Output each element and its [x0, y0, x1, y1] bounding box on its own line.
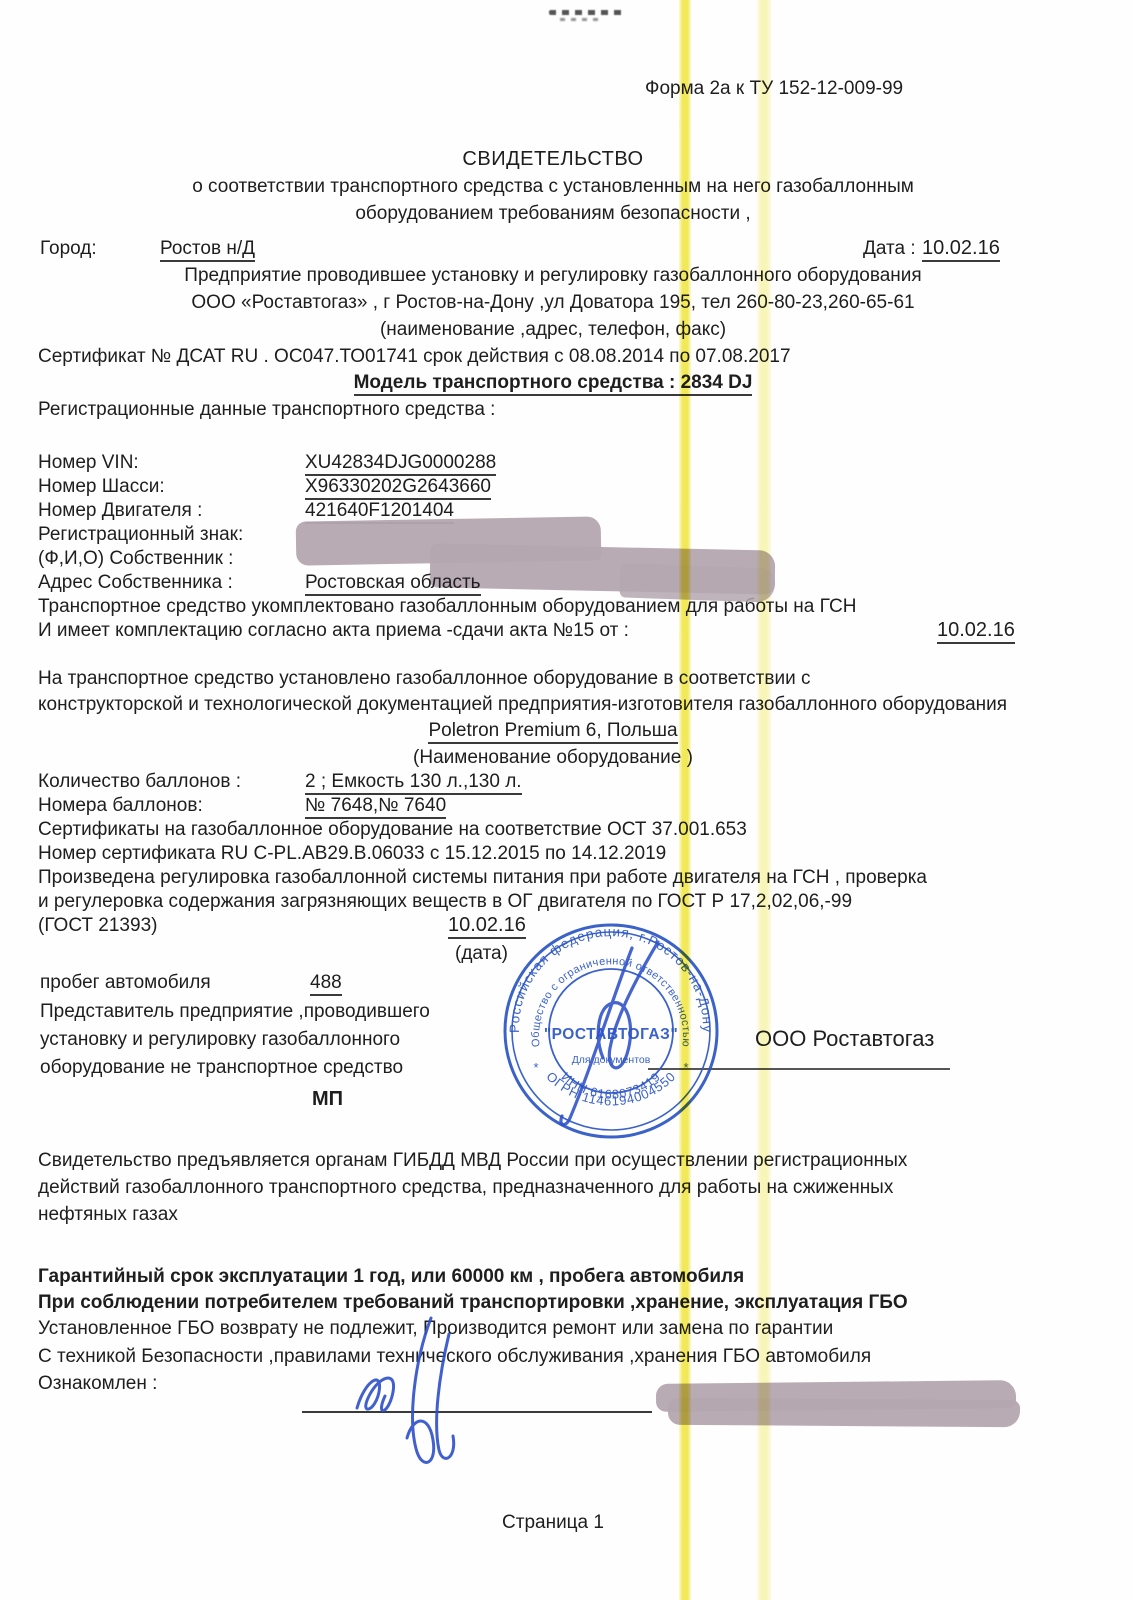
equipment-name-caption: (Наименование оборудование )	[0, 747, 1106, 769]
field-label-address: Адрес Собственника :	[38, 572, 233, 594]
representative-line-2: установку и регулировку газобаллонного	[40, 1029, 400, 1051]
field-value-chassis: X96330202G2643660	[305, 476, 491, 500]
redaction-blob-bottom-2	[668, 1398, 1020, 1427]
field-label-owner: (Ф,И,О) Собственник :	[38, 548, 233, 570]
gost-label: (ГОСТ 21393)	[38, 915, 157, 937]
acknowledged-signature	[345, 1300, 515, 1470]
cylinders-label: Количество баллонов :	[38, 771, 241, 793]
representative-line-1: Представитель предприятие ,проводившего	[40, 1001, 430, 1023]
mileage-value: 488	[310, 972, 342, 996]
stamp-star-left: *	[533, 1060, 538, 1075]
act-date: 10.02.16	[937, 619, 1015, 644]
scan-smudge	[549, 10, 627, 15]
registration-section-title: Регистрационные данные транспортного сре…	[38, 399, 495, 421]
scan-smudge-2	[560, 18, 600, 21]
adjustment-line-2: и регулеровка содержания загрязняющих ве…	[38, 891, 852, 913]
notice-line-2: действий газобаллонного транспортного ср…	[38, 1177, 893, 1199]
form-reference: Форма 2а к ТУ 152-12-009-99	[645, 78, 903, 100]
certificate-line: Сертификат № ДСАТ RU . ОС047.ТО01741 сро…	[38, 346, 791, 368]
field-label-vin: Номер VIN:	[38, 452, 139, 474]
adjustment-line-1: Произведена регулировка газобаллонной си…	[38, 867, 927, 889]
document-title: СВИДЕТЕЛЬСТВО	[0, 148, 1106, 170]
date-value: 10.02.16	[922, 237, 1000, 262]
field-label-chassis: Номер Шасси:	[38, 476, 165, 498]
mp-seal-mark: МП	[312, 1088, 343, 1110]
representative-line-3: оборудование не транспортное средство	[40, 1057, 403, 1079]
city-label: Город:	[40, 238, 97, 260]
date-label: Дата :	[863, 238, 916, 260]
company-round-stamp: Российская федерация, г.Ростов-на-Дону О…	[500, 920, 722, 1142]
installer-details: ООО «Роставтогаз» , г Ростов-на-Дону ,ул…	[0, 292, 1106, 314]
cylinder-numbers-label: Номера баллонов:	[38, 795, 203, 817]
scanned-certificate-page: Форма 2а к ТУ 152-12-009-99 СВИДЕТЕЛЬСТВ…	[0, 0, 1132, 1600]
equipment-cert-line: Сертификаты на газобаллонное оборудовани…	[38, 819, 747, 841]
field-value-vin: XU42834DJG0000288	[305, 452, 496, 476]
field-label-engine: Номер Двигателя :	[38, 500, 202, 522]
redaction-blob-owner-3	[619, 563, 775, 602]
mileage-label: пробег автомобиля	[40, 972, 211, 994]
stamp-star-right: *	[683, 1060, 688, 1075]
city-value: Ростов н/Д	[160, 238, 255, 262]
act-line: И имеет комплектацию согласно акта прием…	[38, 620, 629, 642]
acknowledged-label: Ознакомлен :	[38, 1373, 157, 1395]
field-value-address: Ростовская область	[305, 572, 481, 596]
equipment-name: Poletron Premium 6, Польша	[428, 720, 677, 744]
installer-line: Предприятие проводившее установку и регу…	[0, 265, 1106, 287]
cylinder-numbers-value: № 7648,№ 7640	[305, 795, 446, 819]
model-line: Модель транспортного средства : 2834 DJ	[354, 372, 753, 396]
page-number: Страница 1	[0, 1512, 1106, 1534]
document-subtitle-1: о соответствии транспортного средства с …	[0, 176, 1106, 198]
install-line-2: конструкторской и технологической докуме…	[38, 694, 1007, 716]
warranty-line-1: Гарантийный срок эксплуатации 1 год, или…	[38, 1266, 744, 1288]
installer-caption: (наименование ,адрес, телефон, факс)	[0, 319, 1106, 341]
install-line-1: На транспортное средство установлено газ…	[38, 668, 811, 690]
representative-company: ООО Роставтогаз	[755, 1028, 934, 1050]
equipment-cert-number-line: Номер сертификата RU C-PL.AB29.B.06033 с…	[38, 843, 666, 865]
document-subtitle-2: оборудованием требованиям безопасности ,	[0, 203, 1106, 225]
notice-line-1: Свидетельство предъявляется органам ГИБД…	[38, 1150, 907, 1172]
notice-line-3: нефтяных газах	[38, 1204, 178, 1226]
field-label-plate: Регистрационный знак:	[38, 524, 243, 546]
cylinders-value: 2 ; Емкость 130 л.,130 л.	[305, 771, 522, 795]
